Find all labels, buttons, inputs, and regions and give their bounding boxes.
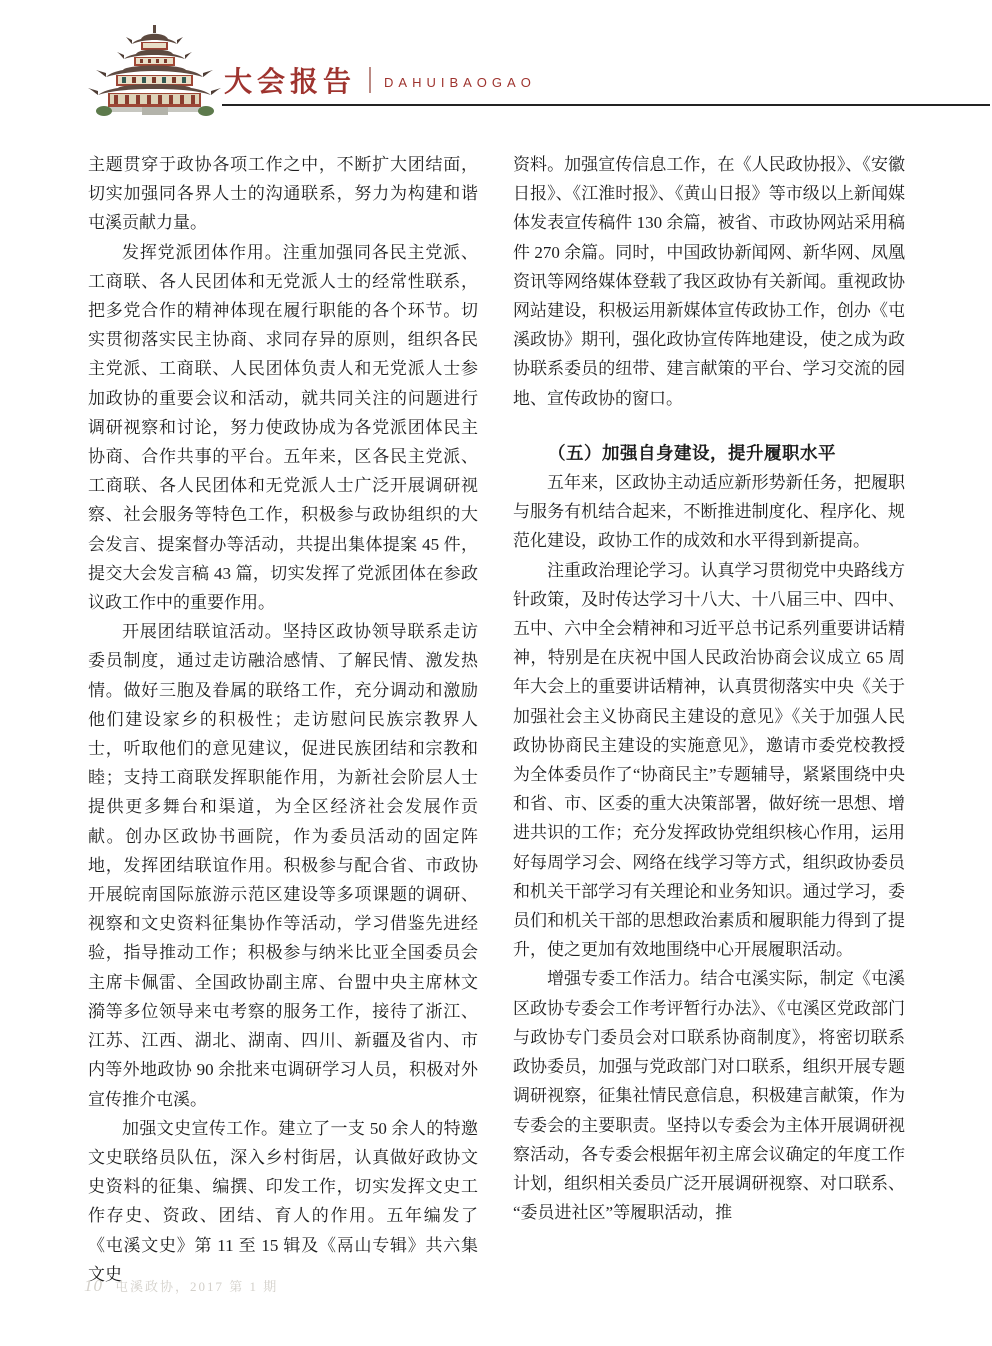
- page-footer: 10 屯溪政协，2017 第 1 期: [84, 1276, 278, 1296]
- section-heading: （五）加强自身建设，提升履职水平: [513, 439, 905, 468]
- paragraph: 主题贯穿于政协各项工作之中，不断扩大团结面，切实加强同各界人士的沟通联系，努力为…: [88, 150, 478, 238]
- paragraph: 开展团结联谊活动。坚持区政协领导联系走访委员制度，通过走访融洽感情、了解民情、激…: [88, 617, 478, 1113]
- paragraph: 五年来，区政协主动适应新形势新任务，把履职与服务有机结合起来，不断推进制度化、程…: [513, 468, 905, 556]
- building-logo-icon: [84, 22, 226, 120]
- header-rule: [222, 104, 990, 106]
- masthead-divider: [369, 67, 371, 93]
- paragraph: 资料。加强宣传信息工作，在《人民政协报》、《安徽日报》、《江淮时报》、《黄山日报…: [513, 150, 905, 413]
- paragraph: 增强专委工作活力。结合屯溪实际，制定《屯溪区政协专委会工作考评暂行办法》、《屯溪…: [513, 964, 905, 1227]
- issue-label: 屯溪政协，2017 第 1 期: [115, 1276, 278, 1295]
- masthead: 大会报告 DAHUIBAOGAO: [224, 60, 536, 100]
- paragraph: 加强文史宣传工作。建立了一支 50 余人的特邀文史联络员队伍，深入乡村街居，认真…: [88, 1114, 478, 1289]
- paragraph: 注重政治理论学习。认真学习贯彻党中央路线方针政策，及时传达学习十八大、十八届三中…: [513, 556, 905, 965]
- left-column: 主题贯穿于政协各项工作之中，不断扩大团结面，切实加强同各界人士的沟通联系，努力为…: [88, 150, 478, 1289]
- right-column: 资料。加强宣传信息工作，在《人民政协报》、《安徽日报》、《江淮时报》、《黄山日报…: [513, 150, 905, 1227]
- document-page: 大会报告 DAHUIBAOGAO 主题贯穿于政协各项工作之中，不断扩大团结面，切…: [0, 0, 992, 1346]
- section-title: 大会报告: [224, 60, 356, 100]
- page-number: 10: [84, 1276, 103, 1296]
- paragraph: 发挥党派团体作用。注重加强同各民主党派、工商联、各人民团体和无党派人士的经常性联…: [88, 238, 478, 618]
- section-title-pinyin: DAHUIBAOGAO: [384, 71, 536, 90]
